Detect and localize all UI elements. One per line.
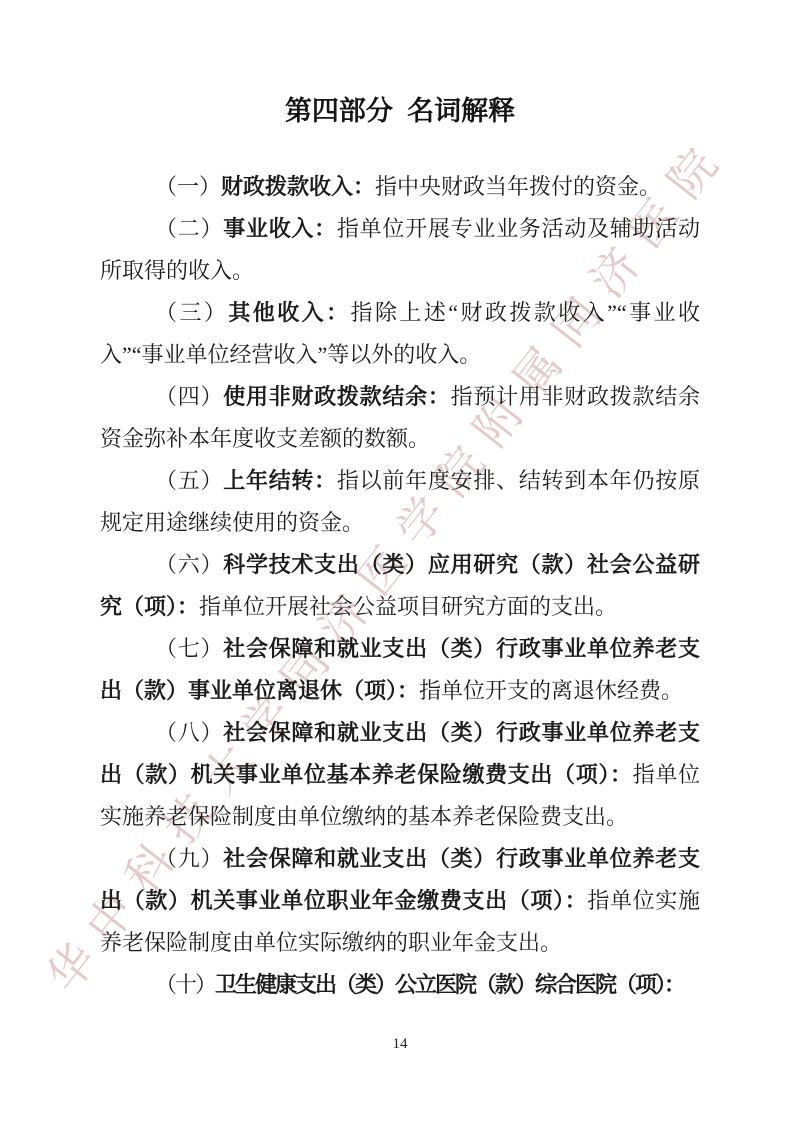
paragraph-number: （三）	[155, 300, 228, 325]
glossary-paragraph: （四）使用非财政拨款结余：指预计用非财政拨款结余资金弥补本年度收支差额的数额。	[100, 376, 700, 460]
page-number: 14	[0, 1034, 800, 1054]
glossary-paragraph: （一）财政拨款收入：指中央财政当年拨付的资金。	[100, 166, 700, 208]
paragraph-term: 上年结转：	[223, 468, 337, 493]
paragraph-number: （五）	[155, 468, 223, 493]
glossary-paragraph: （七）社会保障和就业支出（类）行政事业单位养老支出（款）事业单位离退休（项）：指…	[100, 628, 700, 712]
glossary-paragraph: （三）其他收入：指除上述“财政拨款收入”“事业收入”“事业单位经营收入”等以外的…	[100, 292, 700, 376]
document-page: 华中科技大学同济医学院附属同济医院 第四部分 名词解释 （一）财政拨款收入：指中…	[0, 0, 800, 1131]
glossary-content: （一）财政拨款收入：指中央财政当年拨付的资金。 （二）事业收入：指单位开展专业业…	[100, 166, 700, 1006]
paragraph-definition: 指单位开支的离退休经费。	[419, 678, 683, 703]
paragraph-term: 使用非财政拨款结余：	[223, 384, 450, 409]
glossary-paragraph: （五）上年结转：指以前年度安排、结转到本年仍按原规定用途继续使用的资金。	[100, 460, 700, 544]
paragraph-number: （十）	[155, 972, 215, 997]
paragraph-term: 事业收入：	[223, 216, 337, 241]
glossary-paragraph: （十）卫生健康支出（类）公立医院（款）综合医院（项）：	[100, 964, 700, 1006]
paragraph-term: 卫生健康支出（类）公立医院（款）综合医院（项）：	[215, 972, 684, 997]
paragraph-definition: 指中央财政当年拨付的资金。	[375, 174, 661, 199]
paragraph-number: （四）	[155, 384, 223, 409]
paragraph-definition: 指单位开展社会公益项目研究方面的支出。	[199, 594, 617, 619]
paragraph-number: （七）	[155, 636, 223, 661]
paragraph-number: （九）	[155, 846, 223, 871]
paragraph-number: （一）	[155, 174, 221, 199]
paragraph-number: （八）	[155, 720, 223, 745]
paragraph-number: （六）	[155, 552, 223, 577]
glossary-paragraph: （九）社会保障和就业支出（类）行政事业单位养老支出（款）机关事业单位职业年金缴费…	[100, 838, 700, 964]
glossary-paragraph: （八）社会保障和就业支出（类）行政事业单位养老支出（款）机关事业单位基本养老保险…	[100, 712, 700, 838]
paragraph-number: （二）	[155, 216, 223, 241]
paragraph-term: 财政拨款收入：	[221, 174, 375, 199]
page-title: 第四部分 名词解释	[0, 95, 800, 127]
glossary-paragraph: （六）科学技术支出（类）应用研究（款）社会公益研究（项）：指单位开展社会公益项目…	[100, 544, 700, 628]
paragraph-term: 其他收入：	[228, 300, 350, 325]
glossary-paragraph: （二）事业收入：指单位开展专业业务活动及辅助活动所取得的收入。	[100, 208, 700, 292]
